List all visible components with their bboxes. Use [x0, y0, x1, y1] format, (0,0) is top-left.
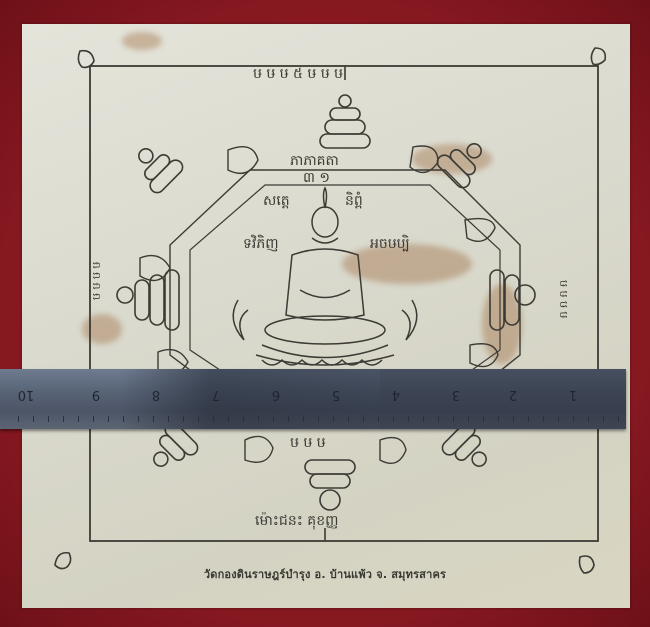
ruler-tick	[348, 416, 349, 422]
top-script: ឞ ឞ ឞ ៥ ឞ ឞ ឞ	[253, 66, 343, 82]
ruler-tick	[228, 416, 229, 422]
buddha-figure-icon	[233, 188, 417, 365]
ruler-tick	[408, 416, 409, 422]
ruler-number: 9	[86, 387, 106, 402]
ruler-tick	[153, 416, 154, 422]
corner-petal-icon	[55, 48, 605, 573]
steel-ruler: 10 9 8 7 6 5 4 3 2 1	[0, 369, 626, 429]
ruler-tick	[318, 416, 319, 422]
svg-text:និព្ពំ: និព្ពំ	[345, 191, 363, 209]
ruler-tick	[363, 416, 364, 422]
ruler-tick	[108, 416, 109, 422]
yantra-drawing: ឞ ឞ ឞ ៥ ឞ ឞ ឞ ភាភាគតា ៣ ១ សត្តេ និព្ពំ ទ…	[0, 0, 650, 627]
ruler-tick	[63, 416, 64, 422]
stupa-nw-icon	[127, 137, 186, 196]
ruler-tick	[123, 416, 124, 422]
ruler-tick	[483, 416, 484, 422]
ruler-tick	[543, 416, 544, 422]
stupa-ne-icon	[435, 132, 494, 191]
ruler-tick	[468, 416, 469, 422]
ruler-tick	[288, 416, 289, 422]
ruler-tick	[603, 416, 604, 422]
ruler-tick	[48, 416, 49, 422]
svg-text:សត្តេ: សត្តេ	[263, 193, 290, 209]
ruler-tick	[618, 416, 619, 422]
stupa-right-icon	[490, 270, 535, 330]
ruler-tick	[18, 416, 19, 422]
ruler-tick	[573, 416, 574, 422]
ruler-tick	[138, 416, 139, 422]
ruler-number: 2	[503, 387, 523, 402]
ruler-tick	[33, 416, 34, 422]
ruler-tick	[498, 416, 499, 422]
ruler-tick	[258, 416, 259, 422]
svg-text:ឞ ឞ ឞ: ឞ ឞ ឞ	[290, 435, 326, 451]
ruler-number: 8	[146, 387, 166, 402]
ruler-tick	[198, 416, 199, 422]
ruler-number: 7	[206, 387, 226, 402]
stupa-top-icon	[320, 95, 370, 148]
ruler-tick	[453, 416, 454, 422]
svg-text:អចឞប្បិ: អចឞប្បិ	[370, 234, 410, 252]
ruler-tick	[213, 416, 214, 422]
ruler-number: 5	[326, 387, 346, 402]
temple-caption: วัดกองดินราษฎร์บำรุง อ. บ้านแพ้ว จ. สมุท…	[0, 565, 650, 583]
ruler-tick	[528, 416, 529, 422]
svg-text:ទវិភិញ: ទវិភិញ	[243, 234, 279, 252]
svg-text:ឞ ឞ ឞ ឞ: ឞ ឞ ឞ ឞ	[557, 280, 570, 318]
ruler-tick	[393, 416, 394, 422]
ruler-tick	[273, 416, 274, 422]
ruler-tick	[558, 416, 559, 422]
ruler-tick	[588, 416, 589, 422]
ruler-tick	[183, 416, 184, 422]
stupa-bottom-icon	[305, 460, 355, 510]
ruler-number: 1	[563, 387, 583, 402]
svg-text:៣ ១: ៣ ១	[303, 170, 330, 186]
ruler-number: 10	[16, 387, 36, 402]
ruler-tick	[438, 416, 439, 422]
ruler-tick	[513, 416, 514, 422]
ruler-tick	[243, 416, 244, 422]
ruler-tick	[168, 416, 169, 422]
ruler-tick	[93, 416, 94, 422]
ruler-number: 3	[446, 387, 466, 402]
ruler-tick	[333, 416, 334, 422]
ruler-tick	[78, 416, 79, 422]
ruler-number: 6	[266, 387, 286, 402]
ruler-tick	[378, 416, 379, 422]
ruler-tick	[423, 416, 424, 422]
bottom-script: ម៉ោះជនះ គុខញ្ញ	[255, 512, 338, 530]
svg-text:ឞ ឞ ឞ ឞ: ឞ ឞ ឞ ឞ	[90, 262, 103, 300]
svg-text:ភាភាគតា: ភាភាគតា	[290, 153, 339, 169]
ruler-number: 4	[386, 387, 406, 402]
ruler-tick	[303, 416, 304, 422]
